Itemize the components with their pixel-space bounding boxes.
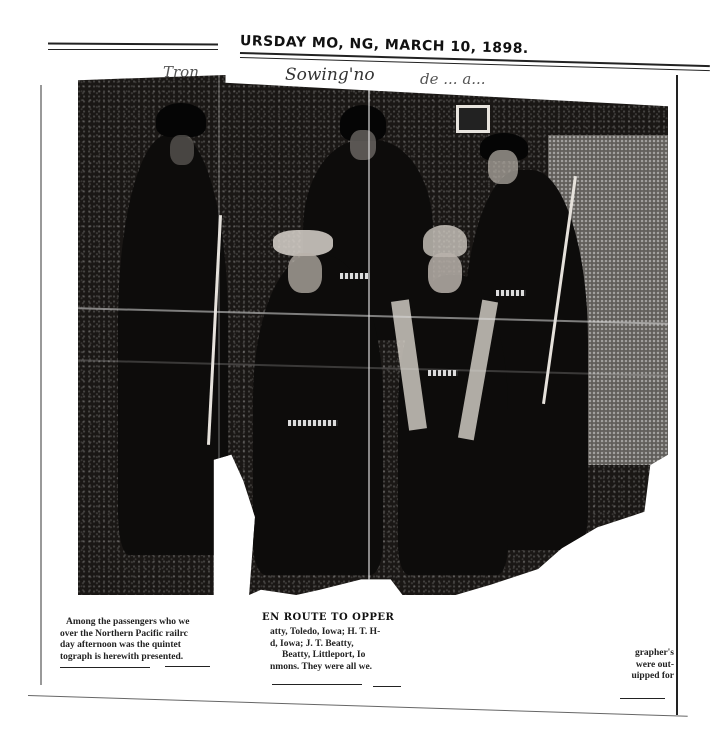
caption-divider-center — [272, 684, 362, 685]
handwritten-note-middle: Sowing'no — [285, 65, 375, 85]
caption-divider-left — [60, 667, 150, 668]
caption-line: Among the passengers who we — [60, 617, 235, 629]
newspaper-clipping: URSDAY MO, NG, MARCH 10, 1898. Tron Sowi… — [0, 0, 725, 736]
caption-divider-right — [620, 698, 665, 699]
fold-line — [368, 75, 370, 595]
caption-line: over the Northern Pacific railrc — [60, 629, 235, 641]
fold-line — [218, 75, 220, 595]
caption-line: uipped for — [612, 671, 674, 683]
top-rule-left-2 — [48, 49, 218, 50]
figure-seated-left — [253, 255, 383, 575]
figure-face — [428, 253, 462, 293]
wall-picture-frame — [456, 105, 490, 133]
bottom-rule — [28, 695, 688, 717]
top-rule-left — [48, 43, 218, 46]
figure-face — [350, 130, 376, 160]
caption-right: grapher's were out- uipped for — [612, 648, 674, 683]
figure-face — [170, 135, 194, 165]
handwritten-note-right: de ... a... — [420, 70, 486, 88]
caption-line: Beatty, Littleport, Io — [270, 650, 420, 662]
left-border — [40, 85, 42, 685]
ammunition-belt — [340, 273, 370, 279]
center-headline: EN ROUTE TO OPPER — [262, 612, 394, 623]
figure-face — [488, 150, 518, 184]
figure-face — [288, 253, 322, 293]
belt — [428, 370, 458, 376]
right-border — [676, 75, 678, 715]
caption-center: atty, Toledo, Iowa; H. T. H- d, Iowa; J.… — [270, 627, 420, 673]
caption-left: Among the passengers who we over the Nor… — [60, 617, 235, 663]
caption-line: grapher's — [612, 648, 674, 660]
caption-line: atty, Toledo, Iowa; H. T. H- — [270, 627, 420, 639]
caption-line: tograph is herewith presented. — [60, 652, 235, 664]
figure-hat — [156, 103, 206, 137]
caption-divider-left-2 — [165, 666, 210, 667]
caption-line: d, Iowa; J. T. Beatty, — [270, 639, 420, 651]
ammunition-belt — [288, 420, 338, 426]
caption-line: day afternoon was the quintet — [60, 640, 235, 652]
caption-divider-center-2 — [373, 686, 401, 687]
ammunition-belt — [496, 290, 526, 296]
caption-line: nmons. They were all we. — [270, 662, 420, 674]
caption-line: were out- — [612, 660, 674, 672]
halftone-photo — [78, 75, 668, 595]
